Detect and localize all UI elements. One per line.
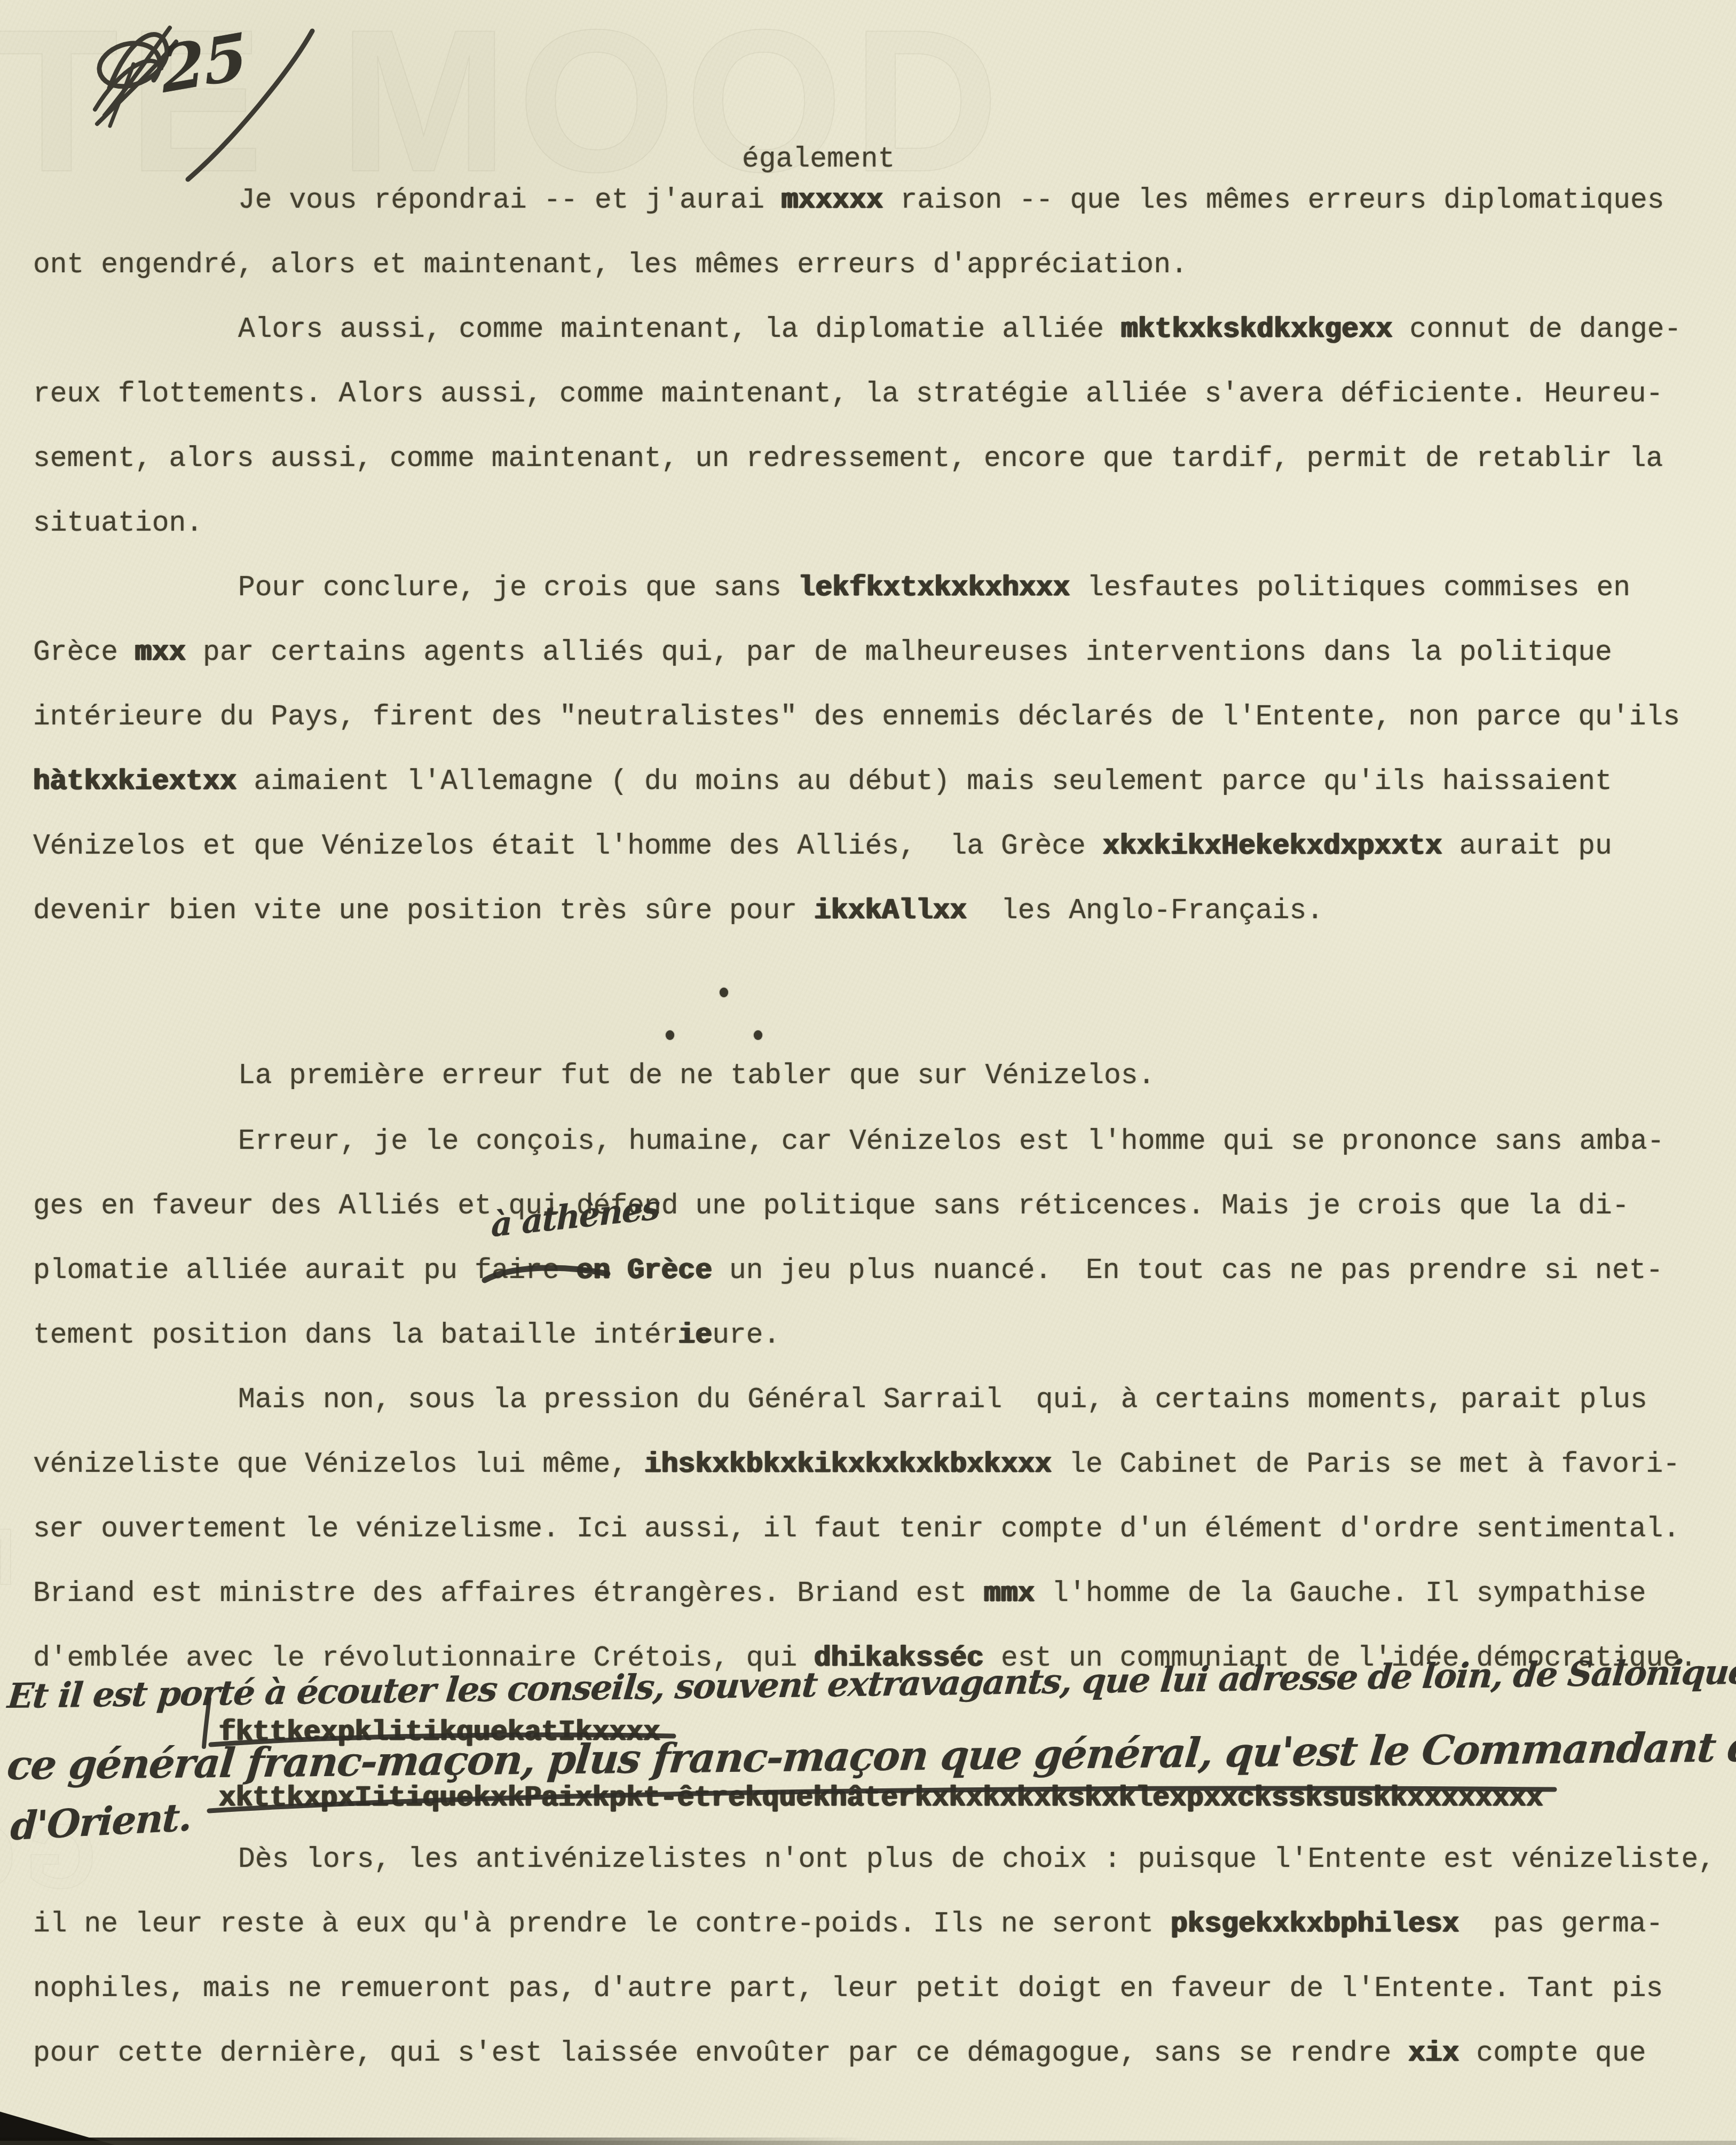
pen-marks-overlay — [0, 0, 1736, 2145]
pen-slash-mark — [188, 31, 312, 179]
pen-strike-rejected-line-1 — [204, 1699, 209, 1747]
scan-edge-haze — [0, 2141, 1736, 2145]
scanned-document-page: TE MOODMADAMGOOM égalementJe vous répond… — [0, 0, 1736, 2145]
pen-strike-rejected-line-1 — [211, 1735, 674, 1745]
pen-strike-rejected-line-2 — [209, 1788, 1554, 1811]
pen-strike-en-grece — [485, 1268, 607, 1280]
